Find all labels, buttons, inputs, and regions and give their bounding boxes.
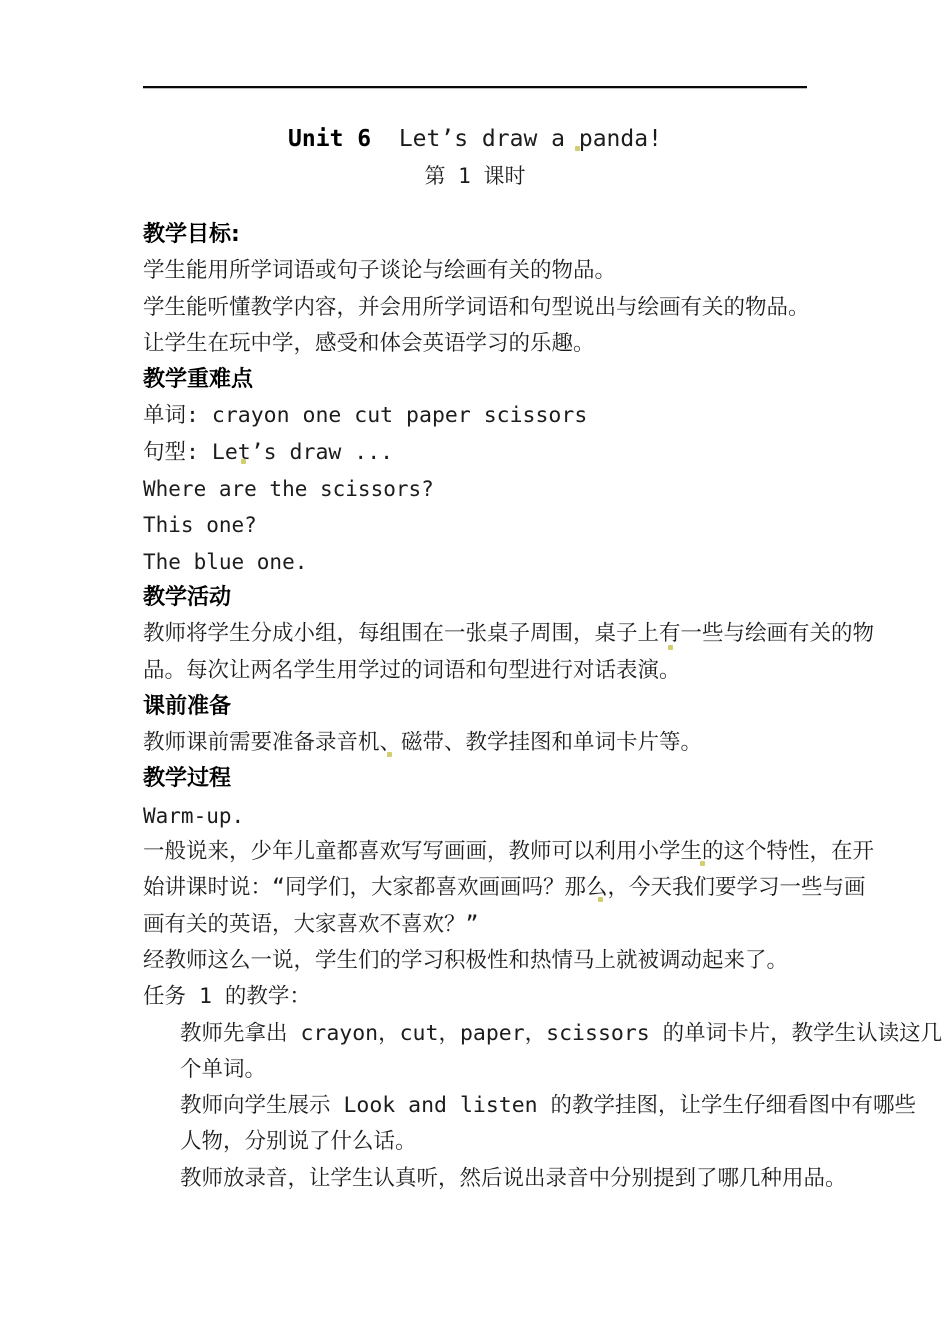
unit-label: Unit 6 [288, 126, 371, 152]
proofing-speck [598, 897, 603, 902]
proofing-speck [387, 752, 392, 757]
section-heading: 教学目标: [143, 217, 823, 253]
title-text: Let’s draw a panda! [371, 126, 662, 152]
document-page: Unit 6 Let’s draw a panda! 第 1 课时 教学目标:学… [0, 0, 950, 1344]
text-line: 学生能听懂教学内容，并会用所学词语和句型说出与绘画有关的物品。 [143, 290, 823, 326]
section-heading: 教学活动 [143, 580, 823, 616]
proofing-speck [668, 645, 673, 650]
text-line: 人物，分别说了什么话。 [143, 1124, 823, 1160]
text-line: 教师将学生分成小组，每组围在一张桌子周围，桌子上有一些与绘画有关的物 [143, 616, 823, 652]
section-heading: 课前准备 [143, 689, 823, 725]
section-heading: 教学过程 [143, 761, 823, 797]
proofing-speck [700, 861, 705, 866]
text-line: This one? [143, 507, 823, 543]
text-line: 让学生在玩中学，感受和体会英语学习的乐趣。 [143, 326, 823, 362]
text-line: Warm-up. [143, 798, 823, 834]
document-title: Unit 6 Let’s draw a panda! [0, 125, 950, 153]
text-line: 教师先拿出 crayon，cut，paper，scissors 的单词卡片，教学… [143, 1016, 823, 1052]
text-line: 个单词。 [143, 1052, 823, 1088]
text-line: 教师向学生展示 Look and listen 的教学挂图，让学生仔细看图中有哪… [143, 1088, 823, 1124]
document-body: 教学目标:学生能用所学词语或句子谈论与绘画有关的物品。学生能听懂教学内容，并会用… [143, 217, 823, 1197]
proofing-speck [575, 146, 580, 151]
proofing-speck [241, 459, 246, 464]
lesson-subtitle: 第 1 课时 [0, 163, 950, 189]
text-line: Where are the scissors? [143, 471, 823, 507]
text-line: 一般说来，少年儿童都喜欢写写画画，教师可以利用小学生的这个特性，在开 [143, 834, 823, 870]
text-line: 句型: Let’s draw ... [143, 435, 823, 471]
text-line: 任务 1 的教学： [143, 979, 823, 1015]
text-line: 学生能用所学词语或句子谈论与绘画有关的物品。 [143, 253, 823, 289]
text-line: The blue one. [143, 544, 823, 580]
header-rule [143, 86, 807, 89]
text-line: 教师课前需要准备录音机、磁带、教学挂图和单词卡片等。 [143, 725, 823, 761]
text-line: 单词: crayon one cut paper scissors [143, 398, 823, 434]
text-line: 品。每次让两名学生用学过的词语和句型进行对话表演。 [143, 653, 823, 689]
text-line: 始讲课时说：“同学们，大家都喜欢画画吗？那么，今天我们要学习一些与画 [143, 870, 823, 906]
text-line: 画有关的英语，大家喜欢不喜欢？” [143, 907, 823, 943]
text-line: 教师放录音，让学生认真听，然后说出录音中分别提到了哪几种用品。 [143, 1161, 823, 1197]
text-line: 经教师这么一说，学生们的学习积极性和热情马上就被调动起来了。 [143, 943, 823, 979]
section-heading: 教学重难点 [143, 362, 823, 398]
